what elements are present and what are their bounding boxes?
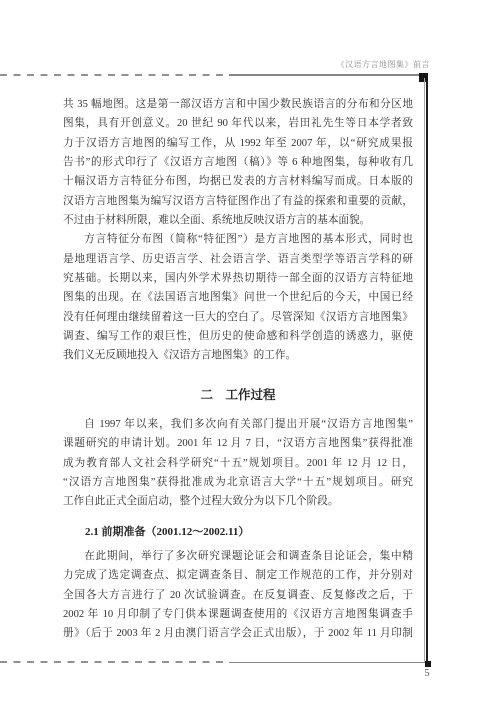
paragraph-line: 课题研究的申请计划。2001 年 12 月 7 日，“汉语方言地图集”获得批准 xyxy=(63,434,413,453)
right-border-thin-line xyxy=(424,78,425,663)
paragraph-line: 不过由于材料所限，难以全面、系统地反映汉语方言的基本面貌。 xyxy=(63,211,413,230)
paragraph-line: 自 1997 年以来，我们多次向有关部门提出开展“汉语方言地图集” xyxy=(63,415,413,434)
paragraph-line: 在此期间，举行了多次研究课题论证会和调查条目论证会，集中精 xyxy=(63,547,413,566)
body-text: 共 35 幅地图。这是第一部汉语方言和中国少数民族语言的分布和分区地 图集，具有… xyxy=(63,95,413,644)
paragraph-line: 成为教育部人文社会科学研究“十五”规划项目。2001 年 12 月 12 日， xyxy=(63,454,413,473)
subsection-heading: 2.1 前期准备（2001.12～2002.11） xyxy=(63,523,413,542)
paragraph-line: 图集，具有开创意义。20 世纪 90 年代以来，岩田礼先生等日本学者致 xyxy=(63,114,413,133)
paragraph-line: 十幅汉语方言特征分布图，均据已发表的方言材料编写而成。日本版的 xyxy=(63,172,413,191)
paragraph-line: 方言特征分布图（简称“特征图”）是方言地图的基本形式，同时也 xyxy=(63,230,413,249)
bottom-dashed-rule xyxy=(0,661,229,663)
paragraph-line: 图集的出现。在《法国语言地图集》问世一个世纪后的今天，中国已经 xyxy=(63,288,413,307)
book-page: 《汉语方言地图集》前言 5 共 35 幅地图。这是第一部汉语方言和中国少数民族语… xyxy=(0,0,490,706)
bottom-corner-dot xyxy=(425,661,431,667)
paragraph-3: 自 1997 年以来，我们多次向有关部门提出开展“汉语方言地图集” 课题研究的申… xyxy=(63,415,413,512)
paragraph-line: “汉语方言地图集”获得批准成为北京语言大学“十五”规划项目。研究 xyxy=(63,473,413,492)
paragraph-line: 工作自此正式全面启动，整个过程大致分为以下几个阶段。 xyxy=(63,492,413,511)
top-solid-rule xyxy=(229,74,421,76)
paragraph-2: 方言特征分布图（简称“特征图”）是方言地图的基本形式，同时也 是地理语言学、历史… xyxy=(63,230,413,365)
right-border-thick-line xyxy=(426,80,428,663)
paragraph-line: 力于汉语方言地图的编写工作，从 1992 年至 2007 年，以“研究成果报 xyxy=(63,134,413,153)
paragraph-line: 是地理语言学、历史语言学、社会语言学、语言类型学等语言学科的研 xyxy=(63,250,413,269)
top-dashed-rule xyxy=(0,74,229,76)
running-header: 《汉语方言地图集》前言 xyxy=(337,59,431,70)
paragraph-line: 没有任何理由继续留着这一巨大的空白了。尽管深知《汉语方言地图集》 xyxy=(63,308,413,327)
paragraph-line: 力完成了选定调查点、拟定调查条目、制定工作规范的工作，并分别对 xyxy=(63,566,413,585)
paragraph-line: 2002 年 10 月印制了专门供本课题调查使用的《汉语方言地图集调查手 xyxy=(63,605,413,624)
paragraph-line: 全国各大方言进行了 20 次试验调查。在反复调查、反复修改之后，于 xyxy=(63,586,413,605)
paragraph-line: 汉语方言地图集为编写汉语方言特征图作出了有益的探索和重要的贡献， xyxy=(63,192,413,211)
page-number: 5 xyxy=(420,668,434,679)
paragraph-line: 告书”的形式印行了《汉语方言地图（稿）》等 6 种地图集，每种收有几 xyxy=(63,153,413,172)
bottom-solid-rule xyxy=(229,662,426,663)
paragraph-line: 调查、编写工作的艰巨性，但历史的使命感和科学创造的诱惑力，驱使 xyxy=(63,327,413,346)
paragraph-line: 共 35 幅地图。这是第一部汉语方言和中国少数民族语言的分布和分区地 xyxy=(63,95,413,114)
section-heading: 二 工作过程 xyxy=(63,385,413,405)
paragraph-line: 究基础。长期以来，国内外学术界热切期待一部全面的汉语方言特征地 xyxy=(63,269,413,288)
paragraph-1: 共 35 幅地图。这是第一部汉语方言和中国少数民族语言的分布和分区地 图集，具有… xyxy=(63,95,413,230)
paragraph-line: 我们义无反顾地投入《汉语方言地图集》的工作。 xyxy=(63,346,413,365)
paragraph-line: 册》（后于 2003 年 2 月由澳门语言学会正式出版），于 2002 年 11… xyxy=(63,624,413,643)
paragraph-4: 在此期间，举行了多次研究课题论证会和调查条目论证会，集中精 力完成了选定调查点、… xyxy=(63,547,413,644)
